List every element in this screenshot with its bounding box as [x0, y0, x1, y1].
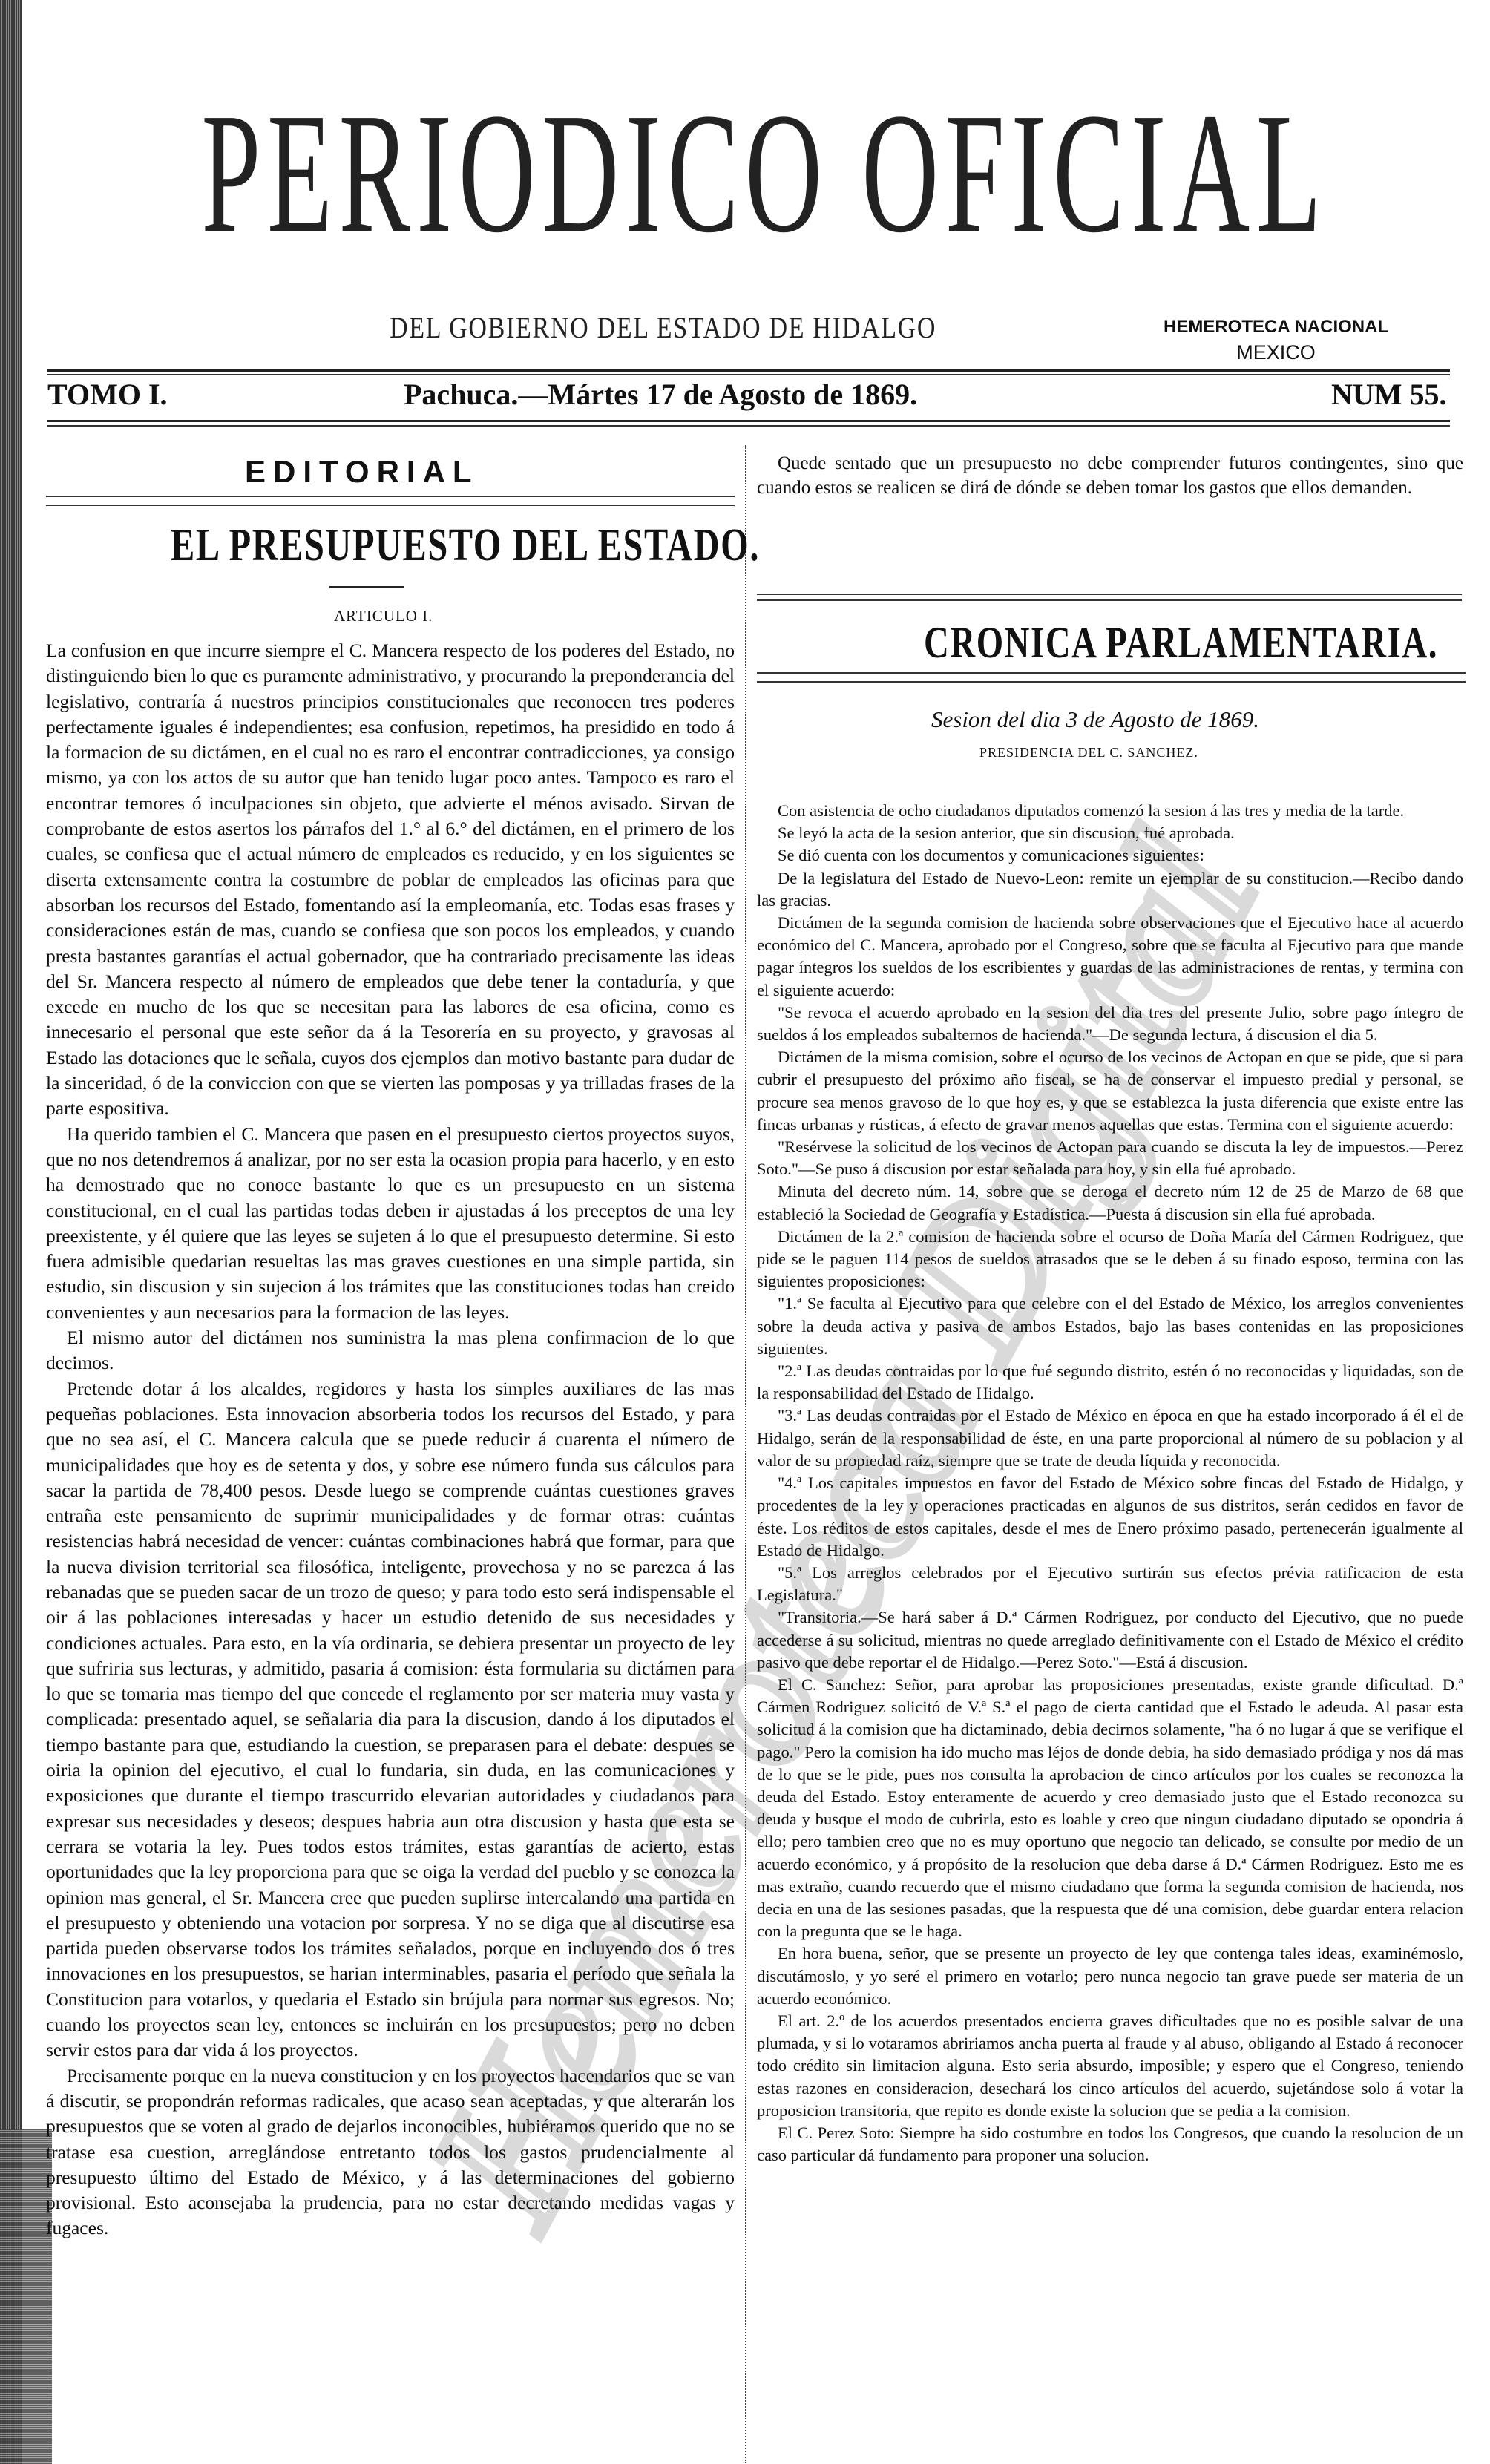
paragraph: Minuta del decreto núm. 14, sobre que se… [757, 1180, 1463, 1225]
paragraph: Precisamente porque en la nueva constitu… [46, 2063, 735, 2241]
paragraph: El art. 2.º de los acuerdos presentados … [757, 2010, 1463, 2122]
dateline-rule-bottom-2 [47, 425, 1450, 427]
issue-date: Pachuca.—Mártes 17 de Agosto de 1869. [404, 377, 917, 412]
paragraph: Dictámen de la segunda comision de hacie… [757, 912, 1463, 1002]
paragraph: Dictámen de la 2.ª comision de hacienda … [757, 1226, 1463, 1293]
cronica-rule-4 [757, 681, 1466, 683]
headline-divider [329, 586, 404, 588]
masthead-subtitle: DEL GOBIERNO DEL ESTADO DE HIDALGO [390, 310, 936, 345]
editorial-body: La confusion en que incurre siempre el C… [46, 638, 735, 2241]
cronica-rule-3 [757, 672, 1466, 674]
paragraph: El mismo autor del dictámen nos suminist… [46, 1325, 735, 1376]
paragraph: La confusion en que incurre siempre el C… [46, 638, 735, 1122]
article-number: ARTICULO I. [334, 607, 433, 625]
session-date: Sesion del dia 3 de Agosto de 1869. [931, 706, 1259, 733]
stamp-line-1: HEMEROTECA NACIONAL [1164, 315, 1388, 340]
paragraph: Ha querido tambien el C. Mancera que pas… [46, 1122, 735, 1325]
library-stamp: HEMEROTECA NACIONAL MEXICO [1164, 315, 1388, 365]
paragraph: De la legislatura del Estado de Nuevo-Le… [757, 867, 1463, 912]
editorial-rule-2 [46, 505, 735, 506]
paragraph: Se leyó la acta de la sesion anterior, q… [757, 822, 1463, 844]
dateline-rule-bottom [47, 420, 1450, 422]
paragraph: El C. Sanchez: Señor, para aprobar las p… [757, 1674, 1463, 1942]
issue-number: NUM 55. [1331, 377, 1447, 412]
masthead-rule-top [47, 369, 1450, 372]
section-heading-cronica: CRONICA PARLAMENTARIA. [924, 617, 1438, 668]
paragraph: Se dió cuenta con los documentos y comun… [757, 844, 1463, 867]
column-separator [745, 445, 746, 2463]
stamp-line-2: MEXICO [1164, 340, 1388, 365]
paragraph: En hora buena, señor, que se presente un… [757, 1942, 1463, 2010]
session-presidency: PRESIDENCIA DEL C. SANCHEZ. [979, 745, 1198, 760]
editorial-continuation: Quede sentado que un presupuesto no debe… [757, 451, 1463, 500]
masthead-rule-top-2 [47, 374, 1450, 375]
editorial-rule-1 [46, 496, 735, 497]
paragraph: Con asistencia de ocho ciudadanos diputa… [757, 800, 1463, 822]
article-headline: EL PRESUPUESTO DEL ESTADO. [171, 519, 760, 572]
cronica-body: Con asistencia de ocho ciudadanos diputa… [757, 800, 1463, 2166]
binding-shadow [0, 2129, 52, 2464]
paragraph: El C. Perez Soto: Siempre ha sido costum… [757, 2122, 1463, 2166]
cronica-rule-1 [757, 594, 1462, 595]
paragraph: "1.ª Se faculta al Ejecutivo para que ce… [757, 1292, 1463, 1360]
paragraph: "3.ª Las deudas contraidas por el Estado… [757, 1405, 1463, 1472]
paragraph: Pretende dotar á los alcaldes, regidores… [46, 1376, 735, 2063]
book-binding-edge [0, 0, 22, 2464]
paragraph: Quede sentado que un presupuesto no debe… [757, 451, 1463, 500]
paragraph: "5.ª Los arreglos celebrados por el Ejec… [757, 1562, 1463, 1606]
paragraph: Dictámen de la misma comision, sobre el … [757, 1046, 1463, 1136]
paragraph: "2.ª Las deudas contraidas por lo que fu… [757, 1360, 1463, 1405]
section-heading-editorial: EDITORIAL [245, 454, 479, 490]
paragraph: "Se revoca el acuerdo aprobado en la ses… [757, 1002, 1463, 1046]
paragraph: "Transitoria.—Se hará saber á D.ª Cármen… [757, 1606, 1463, 1674]
volume-label: TOMO I. [47, 377, 168, 412]
masthead-title: PERIODICO OFICIAL [111, 88, 1418, 260]
paragraph: "4.ª Los capitales impuestos en favor de… [757, 1472, 1463, 1562]
cronica-rule-2 [757, 599, 1462, 601]
dateline: TOMO I. Pachuca.—Mártes 17 de Agosto de … [47, 377, 1450, 414]
paragraph: "Resérvese la solicitud de los vecinos d… [757, 1136, 1463, 1180]
